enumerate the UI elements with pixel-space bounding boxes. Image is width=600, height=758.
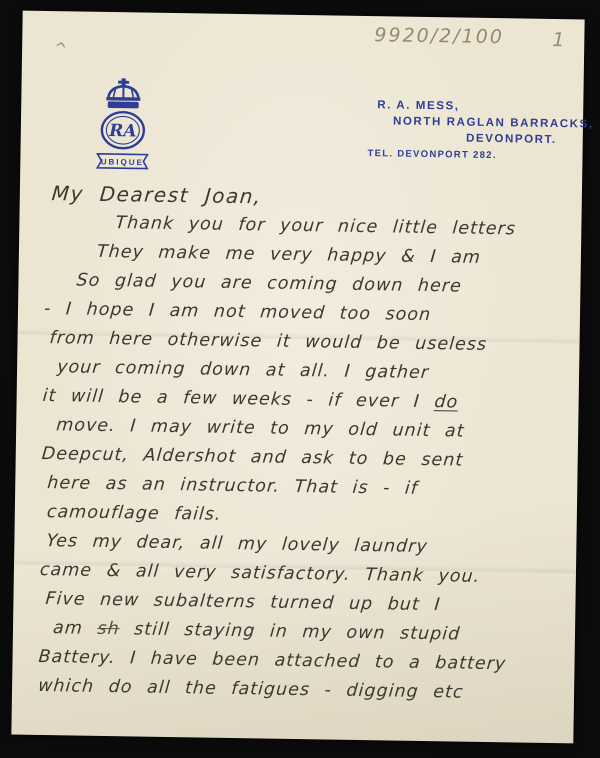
line-text: from here otherwise it would be useless — [49, 328, 488, 355]
archive-reference-number: 9920/2/100 — [374, 24, 504, 48]
line-text: am — [52, 618, 98, 639]
line-text: your coming down at all. I gather — [56, 357, 430, 383]
line-text: Five new subalterns turned up but I — [45, 589, 442, 615]
line-text: came & all very satisfactory. Thank you. — [39, 560, 481, 587]
line-text: still staying in my own stupid — [119, 619, 461, 644]
letter-page: ^ 9920/2/100 1 RA UBIQUE R. A. MESS, NOR… — [11, 11, 584, 744]
crest-monogram: RA — [108, 121, 137, 141]
letter-body: My Dearest Joan, Thank you for your nice… — [38, 179, 566, 709]
letterhead-town: DEVONPORT. — [466, 133, 557, 146]
line-text: move. I may write to my old unit at — [55, 415, 465, 441]
line-text: which do all the fatigues - digging etc — [37, 676, 464, 703]
line-text: here as an instructor. That is - if — [46, 473, 418, 499]
line-text: Deepcut, Aldershot and ask to be sent — [41, 444, 464, 471]
line-text: - I hope I am not moved too soon — [43, 299, 432, 325]
royal-artillery-crest-icon: RA UBIQUE — [94, 78, 152, 179]
line-text: camouflage fails. — [46, 502, 222, 525]
line-text: it will be a few weeks - if ever I — [42, 386, 435, 412]
letter-body-lines: Thank you for your nice little lettersTh… — [38, 208, 566, 709]
letterhead-barracks: NORTH RAGLAN BARRACKS, — [393, 115, 594, 130]
photo-background: { "annotations": { "reference_number": "… — [0, 0, 600, 758]
pencil-corner-mark: ^ — [52, 38, 68, 58]
crest-motto: UBIQUE — [101, 157, 144, 167]
line-text: Yes my dear, all my lovely laundry — [46, 531, 429, 557]
line-text: Battery. I have been attached to a batte… — [38, 647, 507, 674]
letterhead-mess-name: R. A. MESS, — [377, 99, 460, 112]
line-text: They make me very happy & I am — [96, 242, 482, 268]
underlined-word: do — [434, 392, 460, 412]
line-text: Thank you for your nice little letters — [115, 213, 517, 239]
line-text: So glad you are coming down here — [76, 271, 463, 297]
struck-out-word: sh — [97, 619, 121, 639]
page-number: 1 — [552, 29, 564, 51]
letterhead-telephone: TEL. DEVONPORT 282. — [367, 148, 496, 161]
